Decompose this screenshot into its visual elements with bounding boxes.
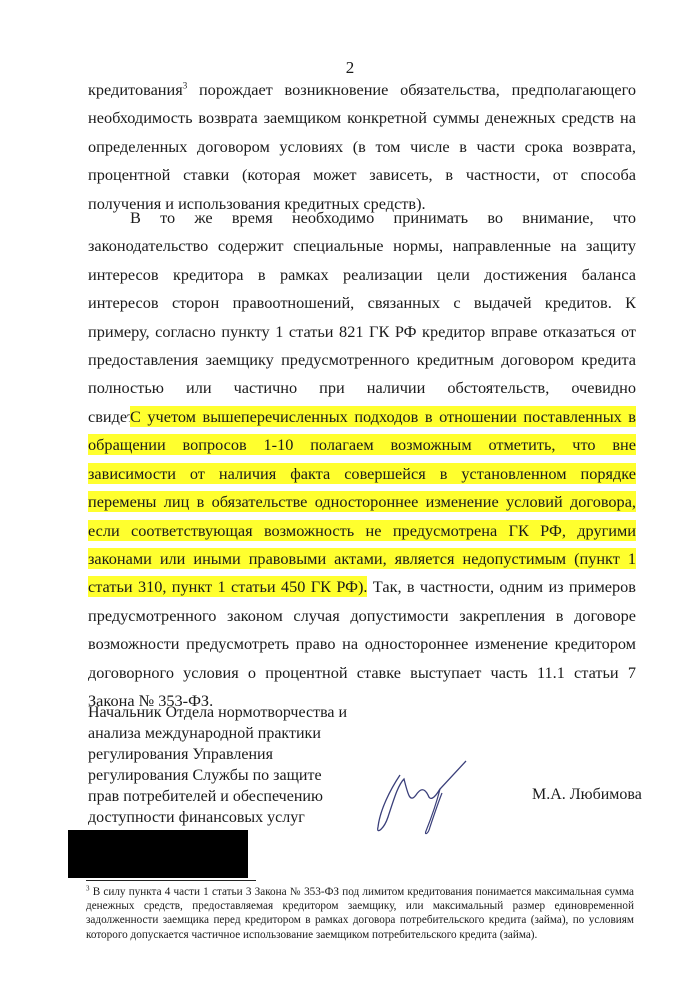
signatory-title-line: анализа международной практики xyxy=(88,723,368,744)
signatory-title: Начальник Отдела нормотворчества и анали… xyxy=(88,702,368,828)
paragraph-1-lead: кредитования xyxy=(88,80,183,99)
redaction-box xyxy=(68,830,248,878)
signatory-title-line: регулирования Службы по защите xyxy=(88,765,368,786)
highlighted-conclusion: С учетом вышеперечисленных подходов в от… xyxy=(88,406,636,597)
handwritten-signature xyxy=(370,755,480,835)
signatory-name: М.А. Любимова xyxy=(532,786,642,804)
paragraph-3-text: Так, в частности, одним из примеров пред… xyxy=(88,577,636,710)
signatory-title-line: регулирования Управления xyxy=(88,744,368,765)
paragraph-1-text: порождает возникновение обязательства, п… xyxy=(88,80,636,213)
paragraph-1: кредитования3 порождает возникновение об… xyxy=(88,76,636,218)
signatory-title-line: доступности финансовых услуг xyxy=(88,807,368,828)
paragraph-3: С учетом вышеперечисленных подходов в от… xyxy=(88,403,636,715)
footnote-text: В силу пункта 4 части 1 статьи 3 Закона … xyxy=(86,886,634,941)
footnote: 3 В силу пункта 4 части 1 статьи 3 Закон… xyxy=(86,885,634,942)
signatory-title-line: прав потребителей и обеспечению xyxy=(88,786,368,807)
footnote-divider xyxy=(86,880,256,881)
signatory-title-line: Начальник Отдела нормотворчества и xyxy=(88,702,368,723)
page-number: 2 xyxy=(0,58,700,78)
